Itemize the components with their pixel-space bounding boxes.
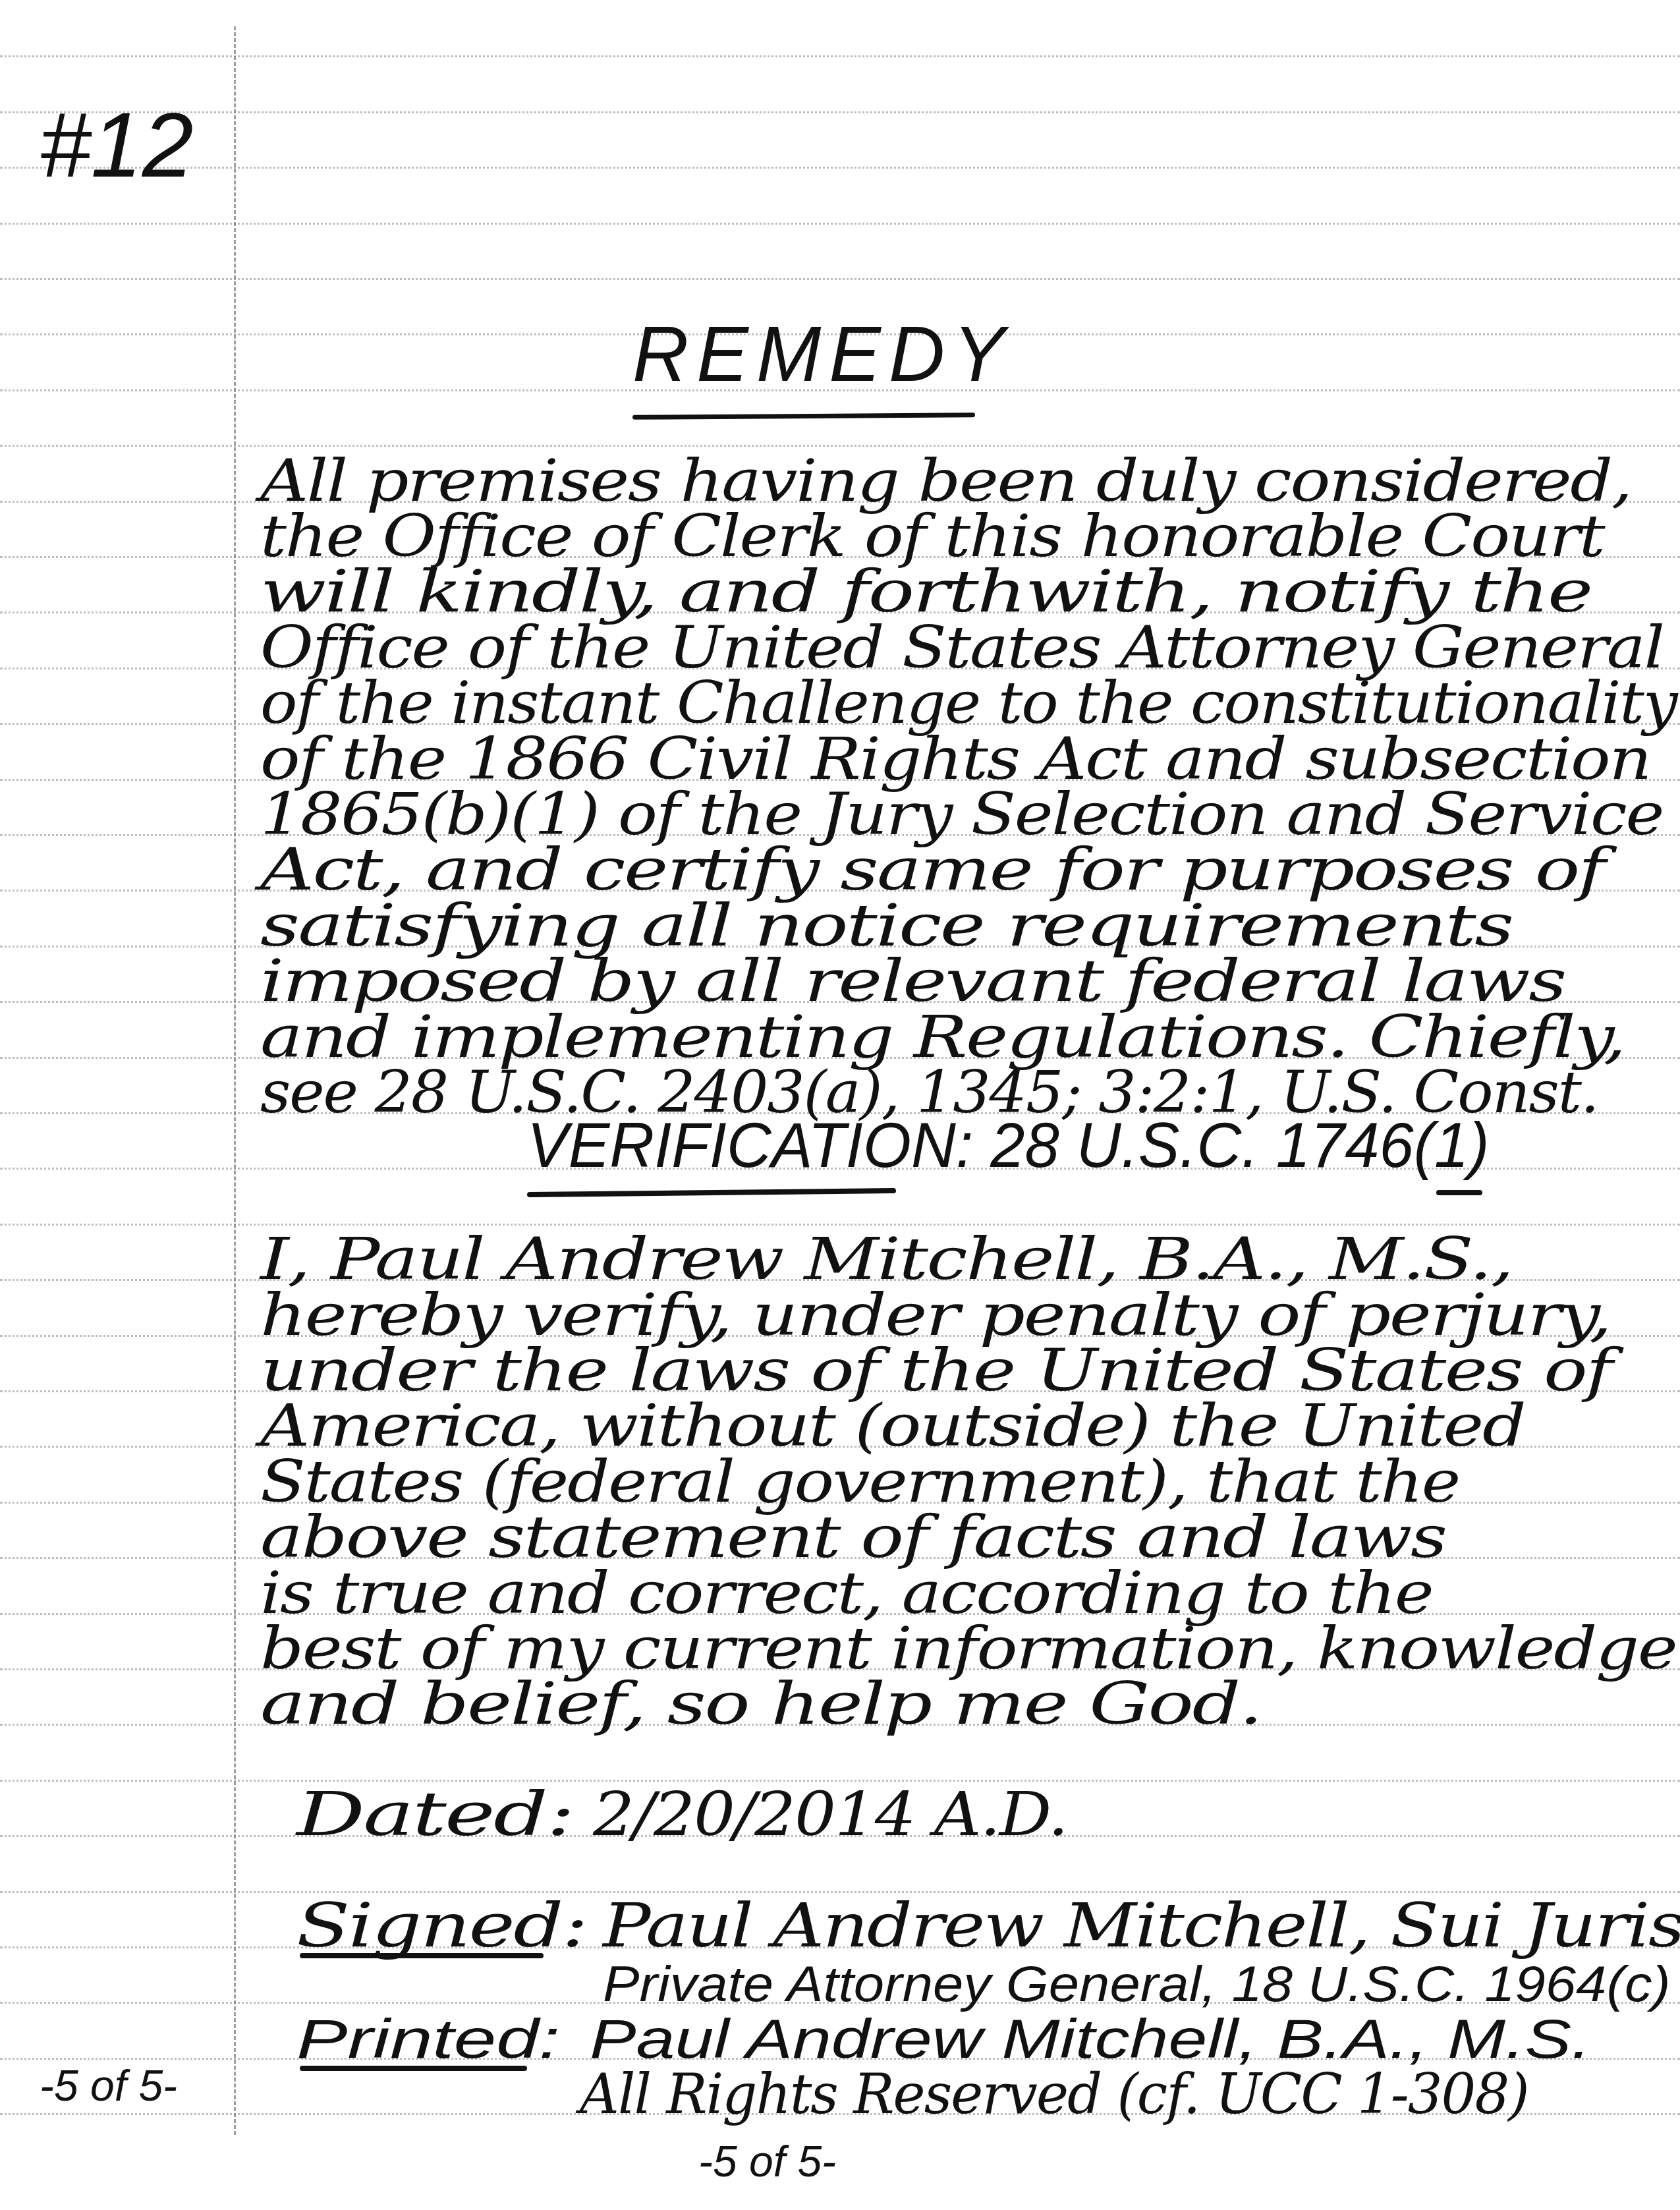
verification-underline xyxy=(527,1188,896,1197)
remedy-line: Office of the United States Attorney Gen… xyxy=(260,619,1664,677)
verification-line: I, Paul Andrew Mitchell, B.A., M.S., xyxy=(260,1230,1513,1288)
signer-title: Private Attorney General, 18 U.S.C. 1964… xyxy=(603,1960,1670,2010)
footer-page-number: -5 of 5- xyxy=(698,2139,836,2183)
ruled-line xyxy=(0,167,1680,169)
dated-value: 2/20/2014 A.D. xyxy=(593,1784,1067,1845)
dated-label: Dated: xyxy=(296,1784,573,1845)
printed-label-underline xyxy=(300,2066,527,2071)
remedy-line: of the 1866 Civil Rights Act and subsect… xyxy=(260,730,1650,788)
printed-name: Paul Andrew Mitchell, B.A., M.S. xyxy=(590,2011,1591,2066)
verification-line: under the laws of the United States of xyxy=(260,1342,1611,1400)
remedy-line: and implementing Regulations. Chiefly, xyxy=(260,1008,1625,1066)
remedy-line: satisfying all notice requirements xyxy=(260,897,1512,955)
ruled-line xyxy=(0,111,1680,113)
verification-line: is true and correct, according to the xyxy=(260,1564,1432,1622)
verification-heading: VERIFICATION: 28 U.S.C. 1746(1) xyxy=(527,1114,1490,1177)
rights-reservation: All Rights Reserved (cf. UCC 1-308) xyxy=(580,2066,1528,2122)
remedy-line: will kindly, and forthwith, notify the xyxy=(260,563,1592,621)
remedy-line: All premises having been duly considered… xyxy=(260,452,1631,510)
remedy-line: Act, and certify same for purposes of xyxy=(260,841,1604,899)
remedy-line: the Office of Clerk of this honorable Co… xyxy=(260,507,1604,565)
verification-line: and belief, so help me God. xyxy=(260,1675,1262,1733)
margin-rule xyxy=(234,26,236,2135)
verification-line: America, without (outside) the United xyxy=(260,1397,1525,1455)
heading-underline xyxy=(632,412,975,420)
scanned-legal-pad-page: #12 REMEDY All premises having been duly… xyxy=(0,0,1680,2210)
verification-line: above statement of facts and laws xyxy=(260,1508,1446,1566)
document-number: #12 xyxy=(40,99,194,191)
ruled-line xyxy=(0,223,1680,225)
signature: Paul Andrew Mitchell, Sui Juris xyxy=(603,1896,1680,1956)
verification-line: States (federal government), that the xyxy=(260,1453,1459,1511)
signed-label: Signed: xyxy=(296,1896,586,1956)
ruled-line xyxy=(0,278,1680,280)
verification-line: hereby verify, under penalty of perjury, xyxy=(260,1286,1610,1344)
remedy-line: 1865(b)(1) of the Jury Selection and Ser… xyxy=(260,785,1663,843)
remedy-heading: REMEDY xyxy=(632,316,1013,393)
verification-line: best of my current information, knowledg… xyxy=(260,1620,1677,1678)
ruled-line xyxy=(0,55,1680,57)
signed-label-underline xyxy=(300,1953,544,1958)
verification-subsection-underline xyxy=(1436,1190,1482,1195)
remedy-line: of the instant Challenge to the constitu… xyxy=(260,674,1677,732)
remedy-line: imposed by all relevant federal laws xyxy=(260,952,1565,1010)
margin-page-number: -5 of 5- xyxy=(40,2064,177,2107)
printed-label: Printed: xyxy=(296,2011,560,2066)
